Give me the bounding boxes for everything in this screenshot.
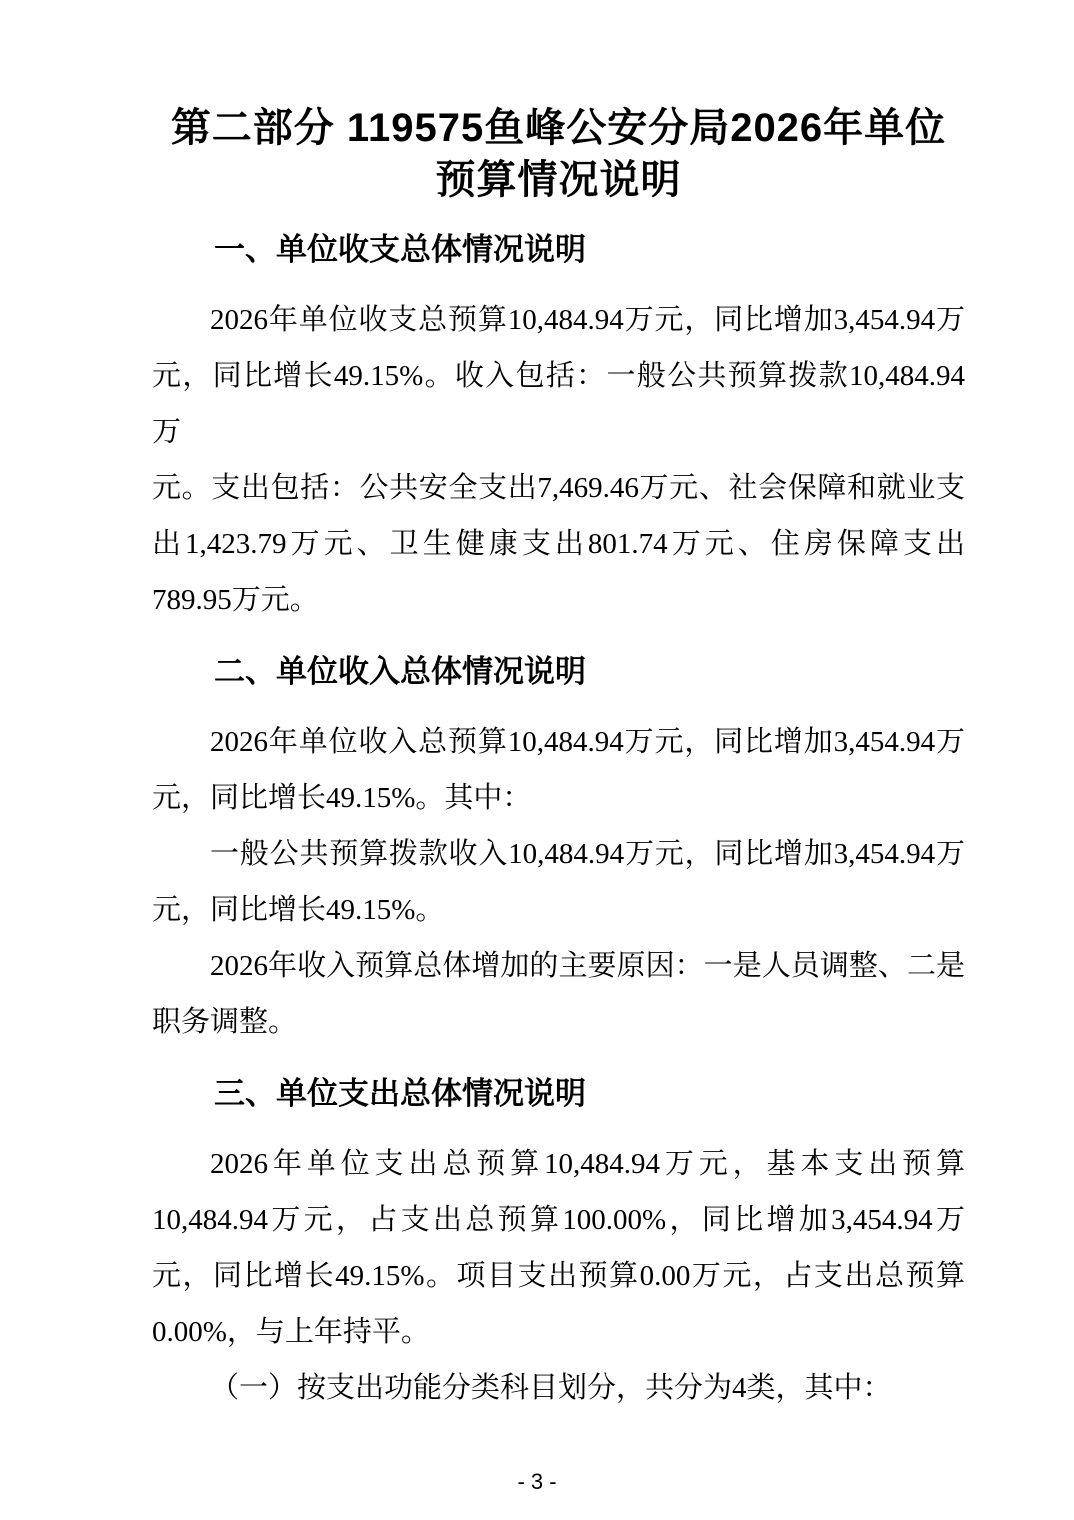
text-line: 出1,423.79万元、卫生健康支出801.74万元、住房保障支出 <box>152 516 965 572</box>
text-line: 元，同比增长49.15%。其中： <box>152 770 965 826</box>
text-line: （一）按支出功能分类科目划分，共分为4类，其中： <box>152 1360 965 1416</box>
page-footer: - 3 - <box>0 1468 1074 1496</box>
paragraph: 一般公共预算拨款收入10,484.94万元，同比增加3,454.94万 元，同比… <box>152 826 965 938</box>
text-line: 元。支出包括：公共安全支出7,469.46万元、社会保障和就业支 <box>152 460 965 516</box>
text-line: 元，同比增长49.15%。收入包括：一般公共预算拨款10,484.94万 <box>152 348 965 460</box>
text-line: 0.00%，与上年持平。 <box>152 1304 965 1360</box>
section-heading-3: 三、单位支出总体情况说明 <box>152 1073 965 1115</box>
text-line: 职务调整。 <box>152 994 965 1050</box>
paragraph: 2026年收入预算总体增加的主要原因：一是人员调整、二是 职务调整。 <box>152 938 965 1050</box>
document-title: 第二部分 119575鱼峰公安分局2026年单位 预算情况说明 <box>152 102 965 206</box>
title-line-1: 第二部分 119575鱼峰公安分局2026年单位 <box>152 102 965 154</box>
text-line: 2026年收入预算总体增加的主要原因：一是人员调整、二是 <box>152 938 965 994</box>
text-line: 2026年单位收支总预算10,484.94万元，同比增加3,454.94万 <box>152 292 965 348</box>
text-line: 一般公共预算拨款收入10,484.94万元，同比增加3,454.94万 <box>152 826 965 882</box>
section-heading-2: 二、单位收入总体情况说明 <box>152 651 965 693</box>
text-line: 789.95万元。 <box>152 572 965 628</box>
title-line-2: 预算情况说明 <box>152 154 965 206</box>
page-number: - 3 - <box>517 1469 556 1494</box>
paragraph: 2026年单位收支总预算10,484.94万元，同比增加3,454.94万 元，… <box>152 292 965 628</box>
paragraph: 2026年单位收入总预算10,484.94万元，同比增加3,454.94万 元，… <box>152 714 965 826</box>
text-line: 10,484.94万元，占支出总预算100.00%，同比增加3,454.94万 <box>152 1192 965 1248</box>
paragraph: 2026年单位支出总预算10,484.94万元，基本支出预算 10,484.94… <box>152 1136 965 1360</box>
text-line: 元，同比增长49.15%。 <box>152 882 965 938</box>
paragraph: （一）按支出功能分类科目划分，共分为4类，其中： <box>152 1360 965 1416</box>
section-heading-1: 一、单位收支总体情况说明 <box>152 229 965 271</box>
document-page: 第二部分 119575鱼峰公安分局2026年单位 预算情况说明 一、单位收支总体… <box>0 0 1074 1520</box>
text-line: 2026年单位收入总预算10,484.94万元，同比增加3,454.94万 <box>152 714 965 770</box>
text-line: 元，同比增长49.15%。项目支出预算0.00万元，占支出总预算 <box>152 1248 965 1304</box>
text-line: 2026年单位支出总预算10,484.94万元，基本支出预算 <box>152 1136 965 1192</box>
